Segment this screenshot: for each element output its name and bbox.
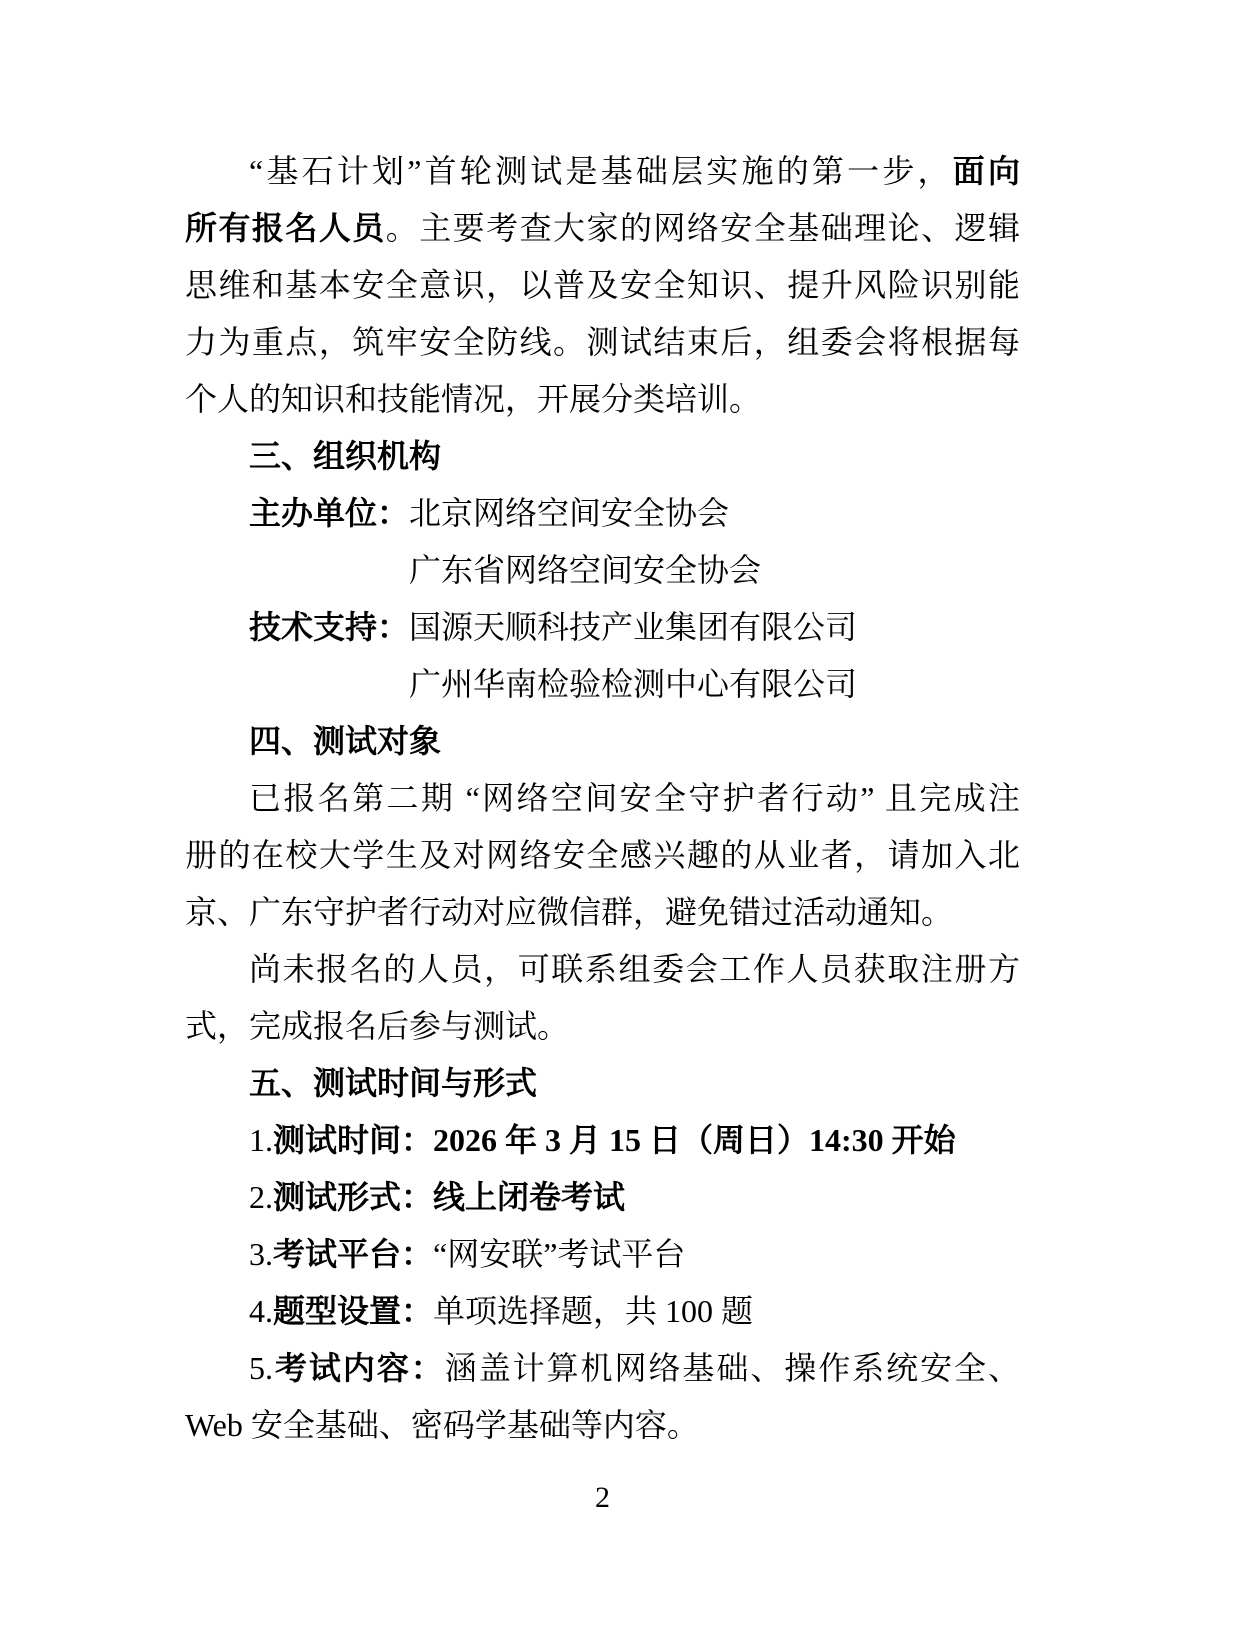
intro-line-1: “基石计划”首轮测试是基础层实施的第一步，面向 [185,143,1020,200]
intro-line-4: 力为重点，筑牢安全防线。测试结束后，组委会将根据每 [185,314,1020,371]
intro-line-3-text: 思维和基本安全意识，以普及安全知识、提升风险识别能 [185,267,1020,303]
item-exam-content-wrap: Web 安全基础、密码学基础等内容。 [185,1397,1020,1454]
audience-para2-line-1: 尚未报名的人员，可联系组委会工作人员获取注册方 [185,941,1020,998]
item-test-format: 2.测试形式：线上闭卷考试 [185,1169,1020,1226]
item-exam-content: 5.考试内容：涵盖计算机网络基础、操作系统安全、 [185,1340,1020,1397]
section-heading-audience: 四、测试对象 [185,713,1020,770]
audience-para2-line-2: 式，完成报名后参与测试。 [185,998,1020,1055]
item-test-format-value: 线上闭卷考试 [433,1179,625,1215]
item-test-format-label: 测试形式： [273,1179,433,1215]
section-heading-audience-text: 四、测试对象 [249,723,441,759]
audience-para1-line-1: 已报名第二期 “网络空间安全守护者行动” 且完成注 [185,770,1020,827]
intro-line-5-text: 个人的知识和技能情况，开展分类培训。 [185,381,761,417]
item-exam-platform: 3.考试平台：“网安联”考试平台 [185,1226,1020,1283]
item-test-time-value: 2026 年 3 月 15 日（周日）14:30 开始 [433,1122,956,1158]
item-test-time: 1.测试时间：2026 年 3 月 15 日（周日）14:30 开始 [185,1112,1020,1169]
org-row-host: 主办单位：北京网络空间安全协会 [185,485,1020,542]
item-exam-platform-label: 考试平台： [273,1236,433,1272]
org-label-host: 主办单位： [249,495,409,531]
audience-para1-line-2: 册的在校大学生及对网络安全感兴趣的从业者，请加入北 [185,827,1020,884]
intro-line-3: 思维和基本安全意识，以普及安全知识、提升风险识别能 [185,257,1020,314]
audience-para1-line-2-text: 册的在校大学生及对网络安全感兴趣的从业者，请加入北 [185,837,1020,873]
item-exam-content-number: 5. [249,1350,273,1386]
item-question-type-value: 单项选择题，共 100 题 [433,1293,753,1329]
item-test-time-number: 1. [249,1122,273,1158]
section-heading-schedule: 五、测试时间与形式 [185,1055,1020,1112]
item-question-type-label: 题型设置： [273,1293,433,1329]
document-body: “基石计划”首轮测试是基础层实施的第一步，面向 所有报名人员。主要考查大家的网络… [185,143,1020,1454]
item-exam-content-label: 考试内容： [273,1350,445,1386]
intro-line-2-text: 。主要考查大家的网络安全基础理论、逻辑 [386,210,1020,246]
org-value-host-1: 北京网络空间安全协会 [409,495,729,531]
org-row-tech: 技术支持：国源天顺科技产业集团有限公司 [185,599,1020,656]
audience-para1-line-3: 京、广东守护者行动对应微信群，避免错过活动通知。 [185,884,1020,941]
section-heading-schedule-text: 五、测试时间与形式 [249,1065,537,1101]
intro-line-2: 所有报名人员。主要考查大家的网络安全基础理论、逻辑 [185,200,1020,257]
item-test-time-label: 测试时间： [273,1122,433,1158]
audience-para1-line-3-text: 京、广东守护者行动对应微信群，避免错过活动通知。 [185,894,953,930]
item-exam-platform-number: 3. [249,1236,273,1272]
audience-para2-line-2-text: 式，完成报名后参与测试。 [185,1008,569,1044]
org-value-tech-2: 广州华南检验检测中心有限公司 [409,666,857,702]
audience-para1-line-1-text: 已报名第二期 “网络空间安全守护者行动” 且完成注 [249,780,1020,816]
org-value-host-2: 广东省网络空间安全协会 [409,552,761,588]
intro-line-1-text: “基石计划”首轮测试是基础层实施的第一步， [249,153,953,189]
org-value-tech-1: 国源天顺科技产业集团有限公司 [409,609,857,645]
intro-line-5: 个人的知识和技能情况，开展分类培训。 [185,371,1020,428]
item-question-type: 4.题型设置：单项选择题，共 100 题 [185,1283,1020,1340]
section-heading-organization: 三、组织机构 [185,428,1020,485]
intro-line-4-text: 力为重点，筑牢安全防线。测试结束后，组委会将根据每 [185,324,1020,360]
org-row-host-2: 广东省网络空间安全协会 [185,542,1020,599]
intro-line-1-emphasis: 面向 [953,153,1020,189]
item-test-format-number: 2. [249,1179,273,1215]
document-page: “基石计划”首轮测试是基础层实施的第一步，面向 所有报名人员。主要考查大家的网络… [0,0,1240,1650]
item-question-type-number: 4. [249,1293,273,1329]
item-exam-content-wrap-text: Web 安全基础、密码学基础等内容。 [185,1407,699,1443]
org-label-tech: 技术支持： [249,609,409,645]
item-exam-platform-value: “网安联”考试平台 [433,1236,685,1272]
org-row-tech-2: 广州华南检验检测中心有限公司 [185,656,1020,713]
section-heading-organization-text: 三、组织机构 [249,438,441,474]
intro-line-2-emphasis: 所有报名人员 [185,210,386,246]
page-number: 2 [185,1476,1020,1520]
audience-para2-line-1-text: 尚未报名的人员，可联系组委会工作人员获取注册方 [249,951,1020,987]
item-exam-content-value: 涵盖计算机网络基础、操作系统安全、 [445,1350,1020,1386]
